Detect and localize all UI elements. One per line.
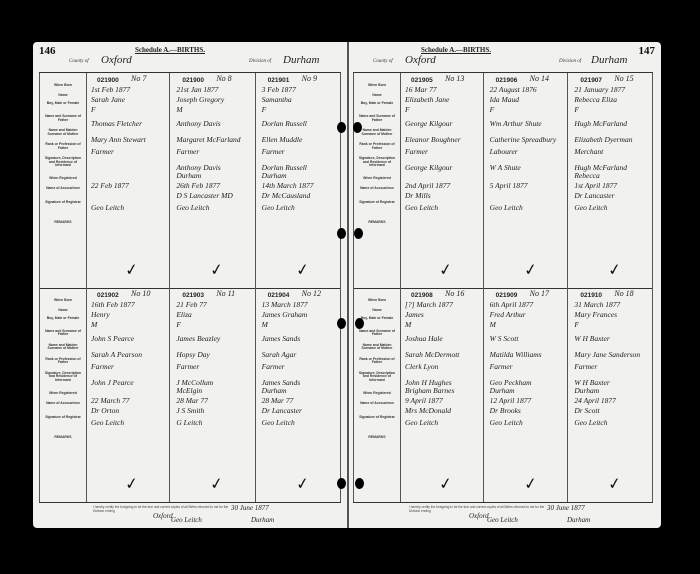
county-label: County of bbox=[69, 59, 89, 64]
row-label: Signature of Registrar bbox=[42, 416, 84, 420]
row-label: REMARKS bbox=[42, 221, 84, 225]
field-registered: 22 March 77 bbox=[91, 396, 129, 405]
field-name: Samantha bbox=[262, 95, 292, 104]
certification-county: Oxford bbox=[469, 512, 489, 520]
row-label: Name bbox=[356, 94, 398, 98]
schedule-title: Schedule A.—BIRTHS. bbox=[135, 46, 205, 54]
field-mother: Hopsy Day bbox=[176, 350, 210, 359]
entry-tally: No 9 bbox=[302, 74, 317, 83]
binding-hole bbox=[353, 122, 362, 133]
district-label: Division of bbox=[249, 59, 271, 64]
field-father: George Kilgour bbox=[405, 119, 452, 128]
field-sex: F bbox=[91, 105, 96, 114]
row-label: Name and Surname of Father bbox=[42, 330, 84, 337]
field-sex: F bbox=[574, 320, 579, 329]
field-mother: Catherine Spreadbury bbox=[490, 135, 557, 144]
row-label: Name bbox=[42, 309, 84, 313]
page-number: 146 bbox=[39, 45, 56, 57]
field-registered: 2nd April 1877 bbox=[405, 181, 450, 190]
binding-hole bbox=[337, 228, 346, 239]
entry-tally: No 17 bbox=[530, 289, 549, 298]
field-registered: 12 April 1877 bbox=[490, 396, 532, 405]
field-accoucheur: Dr McCausland bbox=[262, 191, 311, 200]
page-number: 147 bbox=[639, 45, 656, 57]
field-mother: Matilda Williams bbox=[490, 350, 542, 359]
register-section: When BornNameBoy, Male or FemaleName and… bbox=[39, 288, 341, 504]
certification: I hereby certify the foregoing to be the… bbox=[357, 504, 653, 524]
checkmark-icon: ✓ bbox=[209, 473, 225, 495]
certification-division: Durham bbox=[251, 516, 274, 524]
district-value: Durham bbox=[283, 54, 319, 66]
registrar-signature: Geo Leitch bbox=[171, 516, 202, 524]
field-registered: 22 Feb 1877 bbox=[91, 181, 129, 190]
field-registrar: Geo Leitch bbox=[262, 418, 295, 427]
register-section: When BornNameBoy, Male or FemaleName and… bbox=[353, 73, 653, 289]
checkmark-icon: ✓ bbox=[522, 259, 538, 281]
district-label: Division of bbox=[559, 59, 581, 64]
field-accoucheur: J S Smith bbox=[176, 406, 204, 415]
row-label: Name and Maiden Surname of Mother bbox=[42, 344, 84, 351]
row-labels: When BornNameBoy, Male or FemaleName and… bbox=[39, 73, 87, 288]
field-informant-residence: Durham bbox=[490, 386, 515, 395]
field-mother: Elizabeth Dyerman bbox=[574, 135, 632, 144]
field-registered: 14th March 1877 bbox=[262, 181, 314, 190]
field-informant-residence: Durham bbox=[262, 386, 287, 395]
checkmark-icon: ✓ bbox=[438, 473, 454, 495]
row-label: When Born bbox=[356, 299, 398, 303]
field-accoucheur: D S Lancaster MD bbox=[176, 191, 232, 200]
row-label: When Born bbox=[356, 84, 398, 88]
field-sex: M bbox=[176, 105, 182, 114]
row-label: When Registered bbox=[356, 392, 398, 396]
field-registered: 28 Mar 77 bbox=[176, 396, 208, 405]
registration-number: 021904 bbox=[268, 292, 290, 299]
field-informant: W A Shute bbox=[490, 163, 521, 172]
field-rank: Farmer bbox=[262, 362, 285, 371]
field-name: Rebecca Eliza bbox=[574, 95, 617, 104]
field-name: James Graham bbox=[262, 310, 308, 319]
field-name: James bbox=[405, 310, 424, 319]
row-label: Signature, Description and Residence of … bbox=[42, 372, 84, 383]
entry-tally: No 7 bbox=[131, 74, 146, 83]
field-accoucheur: Dr Scott bbox=[574, 406, 599, 415]
field-registrar: Geo Leitch bbox=[405, 418, 438, 427]
entry-tally: No 15 bbox=[614, 74, 633, 83]
field-registered: 1st April 1877 bbox=[574, 181, 617, 190]
checkmark-icon: ✓ bbox=[294, 259, 310, 281]
row-label: When Born bbox=[42, 299, 84, 303]
certification-division: Durham bbox=[567, 516, 590, 524]
row-label: When Born bbox=[42, 84, 84, 88]
field-sex: F bbox=[574, 105, 579, 114]
entry-tally: No 14 bbox=[530, 74, 549, 83]
field-sex: F bbox=[490, 105, 495, 114]
birth-entry: 021904No 1213 March 1877James GrahamMJam… bbox=[256, 288, 341, 503]
field-when-born: 22 August 1876 bbox=[490, 85, 537, 94]
register-section: When BornNameBoy, Male or FemaleName and… bbox=[353, 288, 653, 504]
binding-hole bbox=[355, 318, 364, 329]
row-label: Boy, Male or Female bbox=[42, 102, 84, 106]
row-label: Signature of Registrar bbox=[356, 416, 398, 420]
field-informant-residence: Durham bbox=[262, 171, 287, 180]
field-sex: M bbox=[490, 320, 496, 329]
birth-entry: 021909No 176th April 1877Fred ArthurMW S… bbox=[484, 288, 569, 503]
field-when-born: 1st Feb 1877 bbox=[91, 85, 130, 94]
field-mother: Margaret McFarland bbox=[176, 135, 240, 144]
field-father: James Sands bbox=[262, 334, 301, 343]
row-label: Rank or Profession of Father bbox=[356, 143, 398, 150]
field-name: Ida Maud bbox=[490, 95, 519, 104]
binding-hole bbox=[355, 478, 364, 489]
field-informant: George Kilgour bbox=[405, 163, 452, 172]
field-rank: Farmer bbox=[574, 362, 597, 371]
row-label: Boy, Male or Female bbox=[42, 317, 84, 321]
field-father: John S Pearce bbox=[91, 334, 134, 343]
field-registrar: Geo Leitch bbox=[91, 203, 124, 212]
field-father: Thomas Fletcher bbox=[91, 119, 142, 128]
entry-tally: No 12 bbox=[302, 289, 321, 298]
entry-tally: No 10 bbox=[131, 289, 150, 298]
field-informant-residence: Durham bbox=[176, 171, 201, 180]
registration-number: 021900 bbox=[97, 77, 119, 84]
binding-hole bbox=[337, 122, 346, 133]
field-rank: Clerk Lyon bbox=[405, 362, 438, 371]
birth-entry: 021903No 1121 Feb 77ElizaFJames BeazleyH… bbox=[170, 288, 255, 503]
checkmark-icon: ✓ bbox=[124, 259, 140, 281]
row-label: REMARKS bbox=[356, 221, 398, 225]
field-rank: Farmer bbox=[91, 362, 114, 371]
field-registrar: Geo Leitch bbox=[490, 203, 523, 212]
field-name: Henry bbox=[91, 310, 110, 319]
field-accoucheur: Dr Brooks bbox=[490, 406, 521, 415]
left-page: 146 Schedule A.—BIRTHS. County of Oxford… bbox=[33, 42, 347, 528]
checkmark-icon: ✓ bbox=[607, 473, 623, 495]
field-father: Wm Arthur Shute bbox=[490, 119, 542, 128]
certification: I hereby certify the foregoing to be the… bbox=[41, 504, 339, 524]
field-informant-residence: Brigham Barnes bbox=[405, 386, 454, 395]
registration-number: 021900 bbox=[182, 77, 204, 84]
row-label: Boy, Male or Female bbox=[356, 102, 398, 106]
field-father: W H Baxter bbox=[574, 334, 609, 343]
checkmark-icon: ✓ bbox=[294, 473, 310, 495]
field-when-born: 6th April 1877 bbox=[490, 300, 534, 309]
field-father: Joshua Hale bbox=[405, 334, 443, 343]
certification-date: 30 June 1877 bbox=[547, 504, 585, 512]
binding-hole bbox=[337, 318, 346, 329]
field-registered: 24 April 1877 bbox=[574, 396, 616, 405]
certification-county: Oxford bbox=[153, 512, 173, 520]
field-rank: Labourer bbox=[490, 147, 518, 156]
schedule-title: Schedule A.—BIRTHS. bbox=[421, 46, 491, 54]
register-section: When BornNameBoy, Male or FemaleName and… bbox=[39, 73, 341, 289]
field-sex: F bbox=[262, 105, 267, 114]
field-registrar: Geo Leitch bbox=[574, 418, 607, 427]
field-name: Eliza bbox=[176, 310, 191, 319]
field-rank: Farmer bbox=[91, 147, 114, 156]
row-label: Name of Accoucheur bbox=[42, 187, 84, 191]
row-label: Rank or Profession of Father bbox=[356, 358, 398, 365]
register-grid: When BornNameBoy, Male or FemaleName and… bbox=[353, 72, 653, 502]
registration-number: 021903 bbox=[182, 292, 204, 299]
field-sex: M bbox=[405, 320, 411, 329]
registrar-signature: Geo Leitch bbox=[487, 516, 518, 524]
county-value: Oxford bbox=[405, 54, 436, 66]
binding-hole bbox=[337, 478, 346, 489]
row-label: REMARKS bbox=[42, 436, 84, 440]
county-value: Oxford bbox=[101, 54, 132, 66]
field-when-born: 21 January 1877 bbox=[574, 85, 625, 94]
birth-entry: 021902No 1016th Feb 1877HenryMJohn S Pea… bbox=[85, 288, 170, 503]
field-registered: 5 April 1877 bbox=[490, 181, 528, 190]
field-informant: John J Pearce bbox=[91, 378, 134, 387]
field-father: W S Scott bbox=[490, 334, 519, 343]
entry-tally: No 11 bbox=[216, 289, 235, 298]
row-labels: When BornNameBoy, Male or FemaleName and… bbox=[39, 288, 87, 503]
field-rank: Merchant bbox=[574, 147, 603, 156]
district-value: Durham bbox=[591, 54, 627, 66]
field-accoucheur: Dr Orton bbox=[91, 406, 119, 415]
field-mother: Mary Jane Sanderson bbox=[574, 350, 640, 359]
registration-number: 021910 bbox=[580, 292, 602, 299]
field-rank: Farmer bbox=[405, 147, 428, 156]
field-registrar: Geo Leitch bbox=[490, 418, 523, 427]
birth-entry: 021908No 16[?] March 1877JamesMJoshua Ha… bbox=[399, 288, 484, 503]
row-label: Rank or Profession of Father bbox=[42, 143, 84, 150]
registration-number: 021907 bbox=[580, 77, 602, 84]
row-label: Rank or Profession of Father bbox=[42, 358, 84, 365]
field-sex: F bbox=[405, 105, 410, 114]
field-mother: Mary Ann Stewart bbox=[91, 135, 146, 144]
registration-number: 021908 bbox=[411, 292, 433, 299]
registration-number: 021902 bbox=[97, 292, 119, 299]
field-father: Hugh McFarland bbox=[574, 119, 627, 128]
field-mother: Sarah McDermott bbox=[405, 350, 459, 359]
binding-hole bbox=[354, 228, 363, 239]
field-mother: Eleanor Boughner bbox=[405, 135, 461, 144]
checkmark-icon: ✓ bbox=[124, 473, 140, 495]
entry-tally: No 13 bbox=[445, 74, 464, 83]
field-registered: 28 Mar 77 bbox=[262, 396, 294, 405]
field-registrar: G Leitch bbox=[176, 418, 202, 427]
field-sex: F bbox=[176, 320, 181, 329]
row-label: Signature, Description and Residence of … bbox=[42, 157, 84, 168]
birth-entry: 021906No 1422 August 1876Ida MaudFWm Art… bbox=[484, 73, 569, 288]
checkmark-icon: ✓ bbox=[438, 259, 454, 281]
registration-number: 021909 bbox=[496, 292, 518, 299]
field-when-born: 3 Feb 1877 bbox=[262, 85, 296, 94]
row-label: Name of Accoucheur bbox=[42, 402, 84, 406]
row-label: Name and Surname of Father bbox=[356, 330, 398, 337]
row-label: When Registered bbox=[356, 177, 398, 181]
field-rank: Farmer bbox=[262, 147, 285, 156]
row-label: When Registered bbox=[42, 177, 84, 181]
field-informant-residence: Rebecca bbox=[574, 171, 599, 180]
birth-entry: 021910No 1831 March 1877Mary FrancesFW H… bbox=[568, 288, 653, 503]
field-accoucheur: Mrs McDonald bbox=[405, 406, 451, 415]
row-label: When Registered bbox=[42, 392, 84, 396]
field-registrar: Geo Leitch bbox=[262, 203, 295, 212]
field-rank: Farmer bbox=[176, 147, 199, 156]
field-when-born: 21 Feb 77 bbox=[176, 300, 206, 309]
checkmark-icon: ✓ bbox=[607, 259, 623, 281]
field-rank: Farmer bbox=[490, 362, 513, 371]
row-label: Name and Maiden Surname of Mother bbox=[356, 344, 398, 351]
field-mother: Sarah Agar bbox=[262, 350, 297, 359]
field-sex: M bbox=[262, 320, 268, 329]
row-label: Signature of Registrar bbox=[42, 201, 84, 205]
field-mother: Sarah A Pearson bbox=[91, 350, 142, 359]
field-name: Mary Frances bbox=[574, 310, 617, 319]
row-label: Name and Maiden Surname of Mother bbox=[356, 129, 398, 136]
registration-number: 021906 bbox=[496, 77, 518, 84]
field-when-born: 16 Mar 77 bbox=[405, 85, 437, 94]
field-when-born: 21st Jan 1877 bbox=[176, 85, 218, 94]
birth-entry: 021900No 821st Jan 1877Joseph GregoryMAn… bbox=[170, 73, 255, 288]
field-registrar: Geo Leitch bbox=[574, 203, 607, 212]
checkmark-icon: ✓ bbox=[522, 473, 538, 495]
field-accoucheur: Dr Lancaster bbox=[262, 406, 302, 415]
field-registrar: Geo Leitch bbox=[405, 203, 438, 212]
row-label: Name and Surname of Father bbox=[356, 115, 398, 122]
right-page: 147 Schedule A.—BIRTHS. County of Oxford… bbox=[349, 42, 661, 528]
field-name: Joseph Gregory bbox=[176, 95, 224, 104]
birth-entry: 021905No 1316 Mar 77Elizabeth JaneFGeorg… bbox=[399, 73, 484, 288]
field-registrar: Geo Leitch bbox=[176, 203, 209, 212]
entry-tally: No 16 bbox=[445, 289, 464, 298]
county-label: County of bbox=[373, 59, 393, 64]
field-name: Elizabeth Jane bbox=[405, 95, 449, 104]
row-label: Name bbox=[42, 94, 84, 98]
row-label: Name and Maiden Surname of Mother bbox=[42, 129, 84, 136]
field-rank: Farmer bbox=[176, 362, 199, 371]
entry-tally: No 8 bbox=[216, 74, 231, 83]
field-when-born: 31 March 1877 bbox=[574, 300, 620, 309]
registration-number: 021901 bbox=[268, 77, 290, 84]
field-registrar: Geo Leitch bbox=[91, 418, 124, 427]
field-mother: Ellen Muddle bbox=[262, 135, 303, 144]
certification-date: 30 June 1877 bbox=[231, 504, 269, 512]
field-name: Sarah Jane bbox=[91, 95, 125, 104]
row-label: Name and Surname of Father bbox=[42, 115, 84, 122]
entry-tally: No 18 bbox=[614, 289, 633, 298]
birth-entry: 021900No 71st Feb 1877Sarah JaneFThomas … bbox=[85, 73, 170, 288]
field-registered: 26th Feb 1877 bbox=[176, 181, 220, 190]
field-informant-residence: McElgin bbox=[176, 386, 202, 395]
birth-entry: 021907No 1521 January 1877Rebecca ElizaF… bbox=[568, 73, 653, 288]
row-labels: When BornNameBoy, Male or FemaleName and… bbox=[353, 73, 401, 288]
row-label: Signature, Description and Residence of … bbox=[356, 157, 398, 168]
checkmark-icon: ✓ bbox=[209, 259, 225, 281]
field-name: Fred Arthur bbox=[490, 310, 526, 319]
row-label: Signature, Description and Residence of … bbox=[356, 372, 398, 383]
registration-number: 021905 bbox=[411, 77, 433, 84]
row-label: REMARKS bbox=[356, 436, 398, 440]
field-sex: M bbox=[91, 320, 97, 329]
row-label: Name of Accoucheur bbox=[356, 187, 398, 191]
row-label: Signature of Registrar bbox=[356, 201, 398, 205]
row-label: Name of Accoucheur bbox=[356, 402, 398, 406]
row-label: Name bbox=[356, 309, 398, 313]
field-father: Dorlan Russell bbox=[262, 119, 307, 128]
field-father: James Beazley bbox=[176, 334, 220, 343]
field-when-born: 16th Feb 1877 bbox=[91, 300, 135, 309]
field-registered: 9 April 1877 bbox=[405, 396, 443, 405]
field-accoucheur: Dr Mills bbox=[405, 191, 431, 200]
field-when-born: [?] March 1877 bbox=[405, 300, 453, 309]
register-grid: When BornNameBoy, Male or FemaleName and… bbox=[39, 72, 341, 502]
birth-entry: 021901No 93 Feb 1877SamanthaFDorlan Russ… bbox=[256, 73, 341, 288]
field-informant-residence: Durham bbox=[574, 386, 599, 395]
field-when-born: 13 March 1877 bbox=[262, 300, 308, 309]
field-accoucheur: Dr Lancaster bbox=[574, 191, 614, 200]
field-father: Anthony Davis bbox=[176, 119, 220, 128]
